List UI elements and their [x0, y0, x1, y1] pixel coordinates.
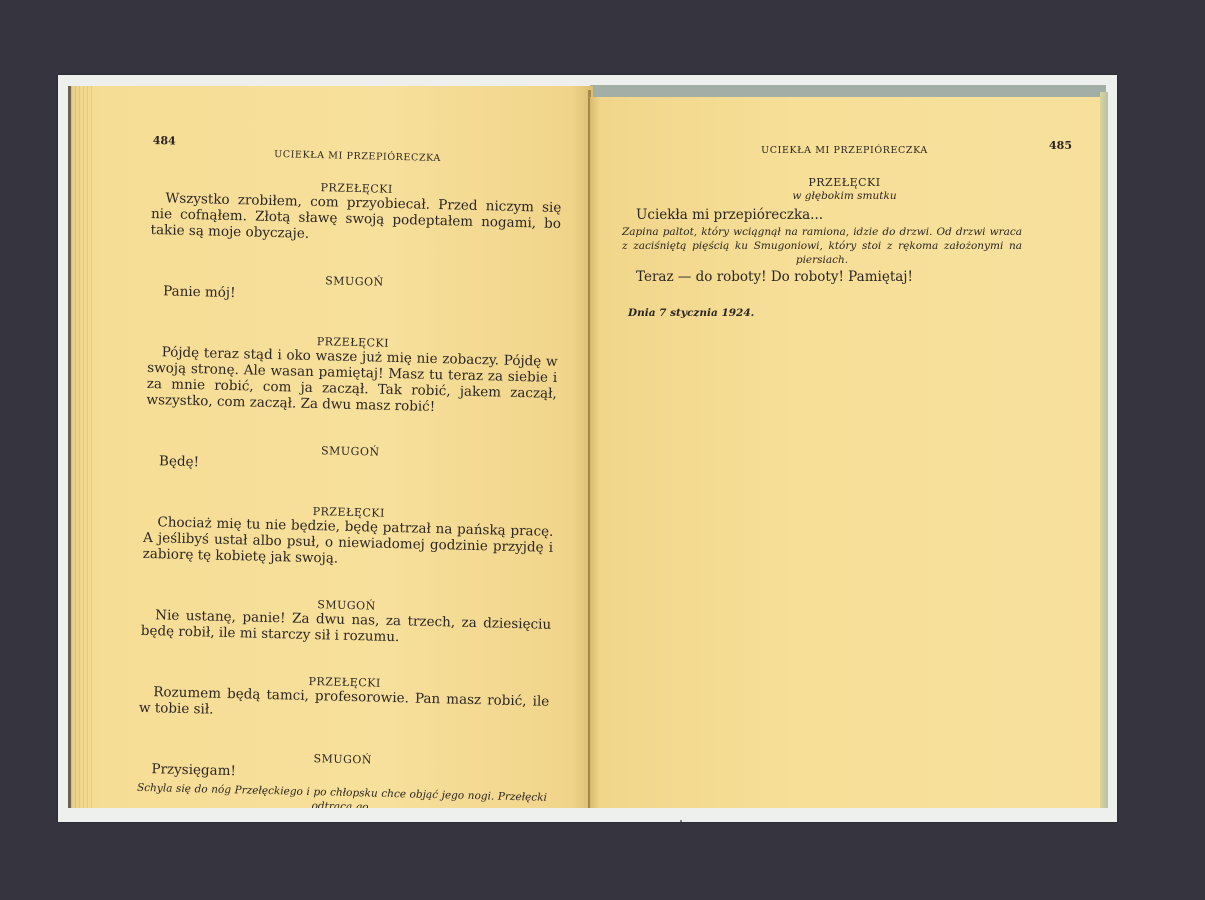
- right-page: UCIEKŁA MI PRZEPIÓRECZKA 485 PRZEŁĘCKI w…: [590, 97, 1102, 808]
- dialogue-paragraph: Pójdę teraz stąd i oko wasze już mię nie…: [146, 344, 557, 418]
- running-head-right: UCIEKŁA MI PRZEPIÓRECZKA: [622, 139, 1027, 156]
- right-page-edge: [1100, 92, 1108, 808]
- left-page: 484 UCIEKŁA MI PRZEPIÓRECZKA PRZEŁĘCKI W…: [68, 86, 593, 808]
- speaker-note: w głębokim smutku: [622, 189, 1027, 203]
- running-head-left: UCIEKŁA MI PRZEPIÓRECZKA: [152, 134, 562, 167]
- dust-speck: [680, 820, 682, 822]
- page-number-left: 484: [153, 134, 176, 148]
- date-line: Dnia 7 stycznia 1924.: [622, 307, 1027, 319]
- page-number-right: 485: [1049, 139, 1072, 152]
- dialogue-line: Uciekła mi przepióreczka...: [622, 207, 1027, 223]
- stage-direction: Zapina paltot, który wciągnął na ramiona…: [622, 225, 1022, 267]
- dialogue-line: Teraz — do roboty! Do roboty! Pamiętaj!: [622, 269, 1027, 285]
- dialogue-paragraph: Chociaż mię tu nie będzie, będę patrzał …: [143, 514, 554, 572]
- left-page-content: 484 UCIEKŁA MI PRZEPIÓRECZKA PRZEŁĘCKI W…: [136, 134, 563, 808]
- dialogue-paragraph: Wszystko zrobiłem, com przyobiecał. Prze…: [150, 190, 561, 248]
- speaker-label: PRZEŁĘCKI: [622, 176, 1027, 189]
- right-page-content: UCIEKŁA MI PRZEPIÓRECZKA 485 PRZEŁĘCKI w…: [622, 139, 1027, 319]
